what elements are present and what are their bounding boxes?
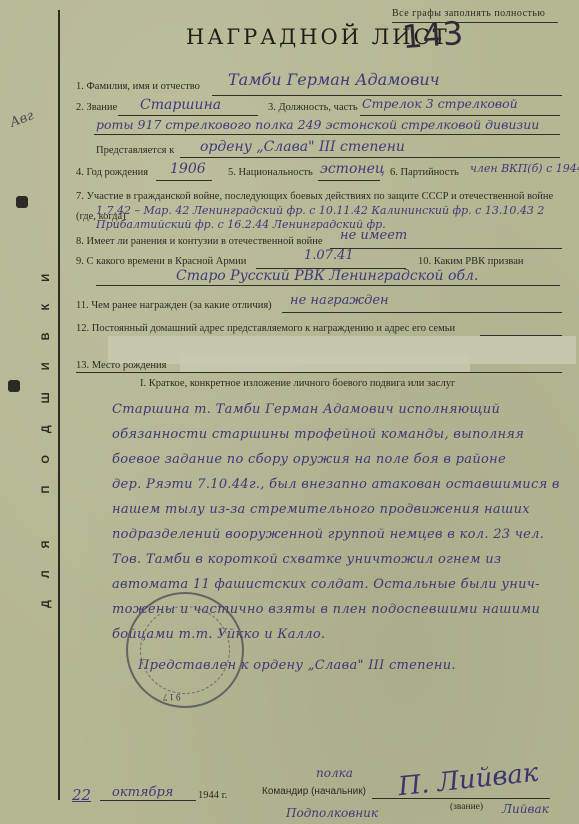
field-label-prior-awards: 11. Чем ранее награжден (за какие отличи… [76, 300, 272, 311]
field-label-birthplace: 13. Место рождения [76, 360, 166, 371]
field-label-position: 3. Должность, часть [268, 102, 358, 113]
field-rule [282, 312, 562, 313]
field-rule [94, 134, 560, 135]
field-label-draft-office: 10. Каким РВК призван [418, 256, 523, 267]
field-value-party: член ВКП(б) с 1944 [470, 162, 579, 175]
field-value-position: Стрелок 3 стрелковой [362, 96, 518, 111]
feat-section-title: I. Краткое, конкретное изложение личного… [140, 378, 455, 389]
redacted-birthplace [180, 356, 470, 372]
binding-margin-line [58, 10, 60, 800]
field-value-war-participation: 1.7.42 – Мар. 42 Ленинградский фр. с 10.… [96, 204, 556, 232]
field-rule [156, 180, 212, 181]
punch-hole [8, 380, 20, 392]
feat-line: автомата 11 фашистских солдат. Остальные… [112, 577, 540, 592]
feat-line: Тов. Тамби в короткой схватке уничтожил … [112, 552, 501, 567]
feat-line: Старшина т. Тамби Герман Адамович исполн… [112, 402, 500, 417]
date-day: 22 [72, 786, 91, 804]
field-value-unit: роты 917 стрелкового полка 249 эстонской… [96, 117, 539, 132]
field-value-birth-year: 1906 [170, 161, 206, 177]
side-binding-text: ДЛЯ ПОДШИВКИ [40, 210, 54, 650]
field-label-birth-year: 4. Год рождения [76, 167, 148, 178]
feat-line: обязанности старшины трофейной команды, … [112, 427, 524, 442]
feat-line: подразделений вооруженной группой немцев… [112, 527, 544, 542]
field-rule [118, 115, 258, 116]
field-value-draft-office: Старо Русский РВК Ленинградской обл. [176, 268, 478, 284]
field-label-wounds: 8. Имеет ли ранения и контузии в отечест… [76, 236, 322, 247]
field-label-name: 1. Фамилия, имя и отчество [76, 81, 200, 92]
field-label-nationality: 5. Национальность [228, 167, 313, 178]
field-label-rank: 2. Звание [76, 102, 117, 113]
field-rule [360, 115, 560, 116]
rank-label: (звание) [450, 802, 483, 812]
field-value-name: Тамби Герман Адамович [228, 70, 440, 89]
date-month: октября [112, 785, 173, 800]
date-year: 1944 г. [198, 790, 227, 801]
field-value-prior-awards: не награжден [290, 293, 389, 308]
feat-line: нашем тылу из-за стремительного продвиже… [112, 502, 530, 517]
stamp-number: 917 [161, 692, 181, 702]
field-rule [330, 248, 562, 249]
field-label-party: 6. Партийность [390, 167, 459, 178]
commander-label: Командир (начальник) [262, 786, 366, 797]
field-rule [318, 180, 380, 181]
field-rule [96, 285, 560, 286]
field-value-army-since: 1.07.41 [304, 248, 354, 263]
field-rule [76, 372, 562, 373]
field-value-wounds: не имеет [340, 228, 407, 243]
commander-unit: полка [316, 766, 353, 780]
official-stamp [126, 592, 244, 708]
field-label-army-since: 9. С какого времени в Красной Армии [76, 256, 246, 267]
punch-hole [16, 196, 28, 208]
feat-line: дер. Ряэти 7.10.44г., был внезапно атако… [112, 477, 560, 492]
field-label-presented: Представляется к [96, 145, 174, 156]
feat-line: боевое задание по сбору оружия на поле б… [112, 452, 506, 467]
field-label-home-address: 12. Постоянный домашний адрес представля… [76, 323, 455, 334]
field-value-nationality: эстонец [320, 161, 385, 177]
date-rule [100, 800, 196, 801]
field-value-rank: Старшина [140, 97, 221, 113]
signature-name: Лийвак [502, 802, 549, 816]
field-rule [180, 157, 560, 158]
commander-rank: Подполковник [286, 806, 378, 820]
sheet-number: 143 [401, 14, 465, 56]
field-value-award: ордену „Слава" III степени [200, 139, 405, 155]
